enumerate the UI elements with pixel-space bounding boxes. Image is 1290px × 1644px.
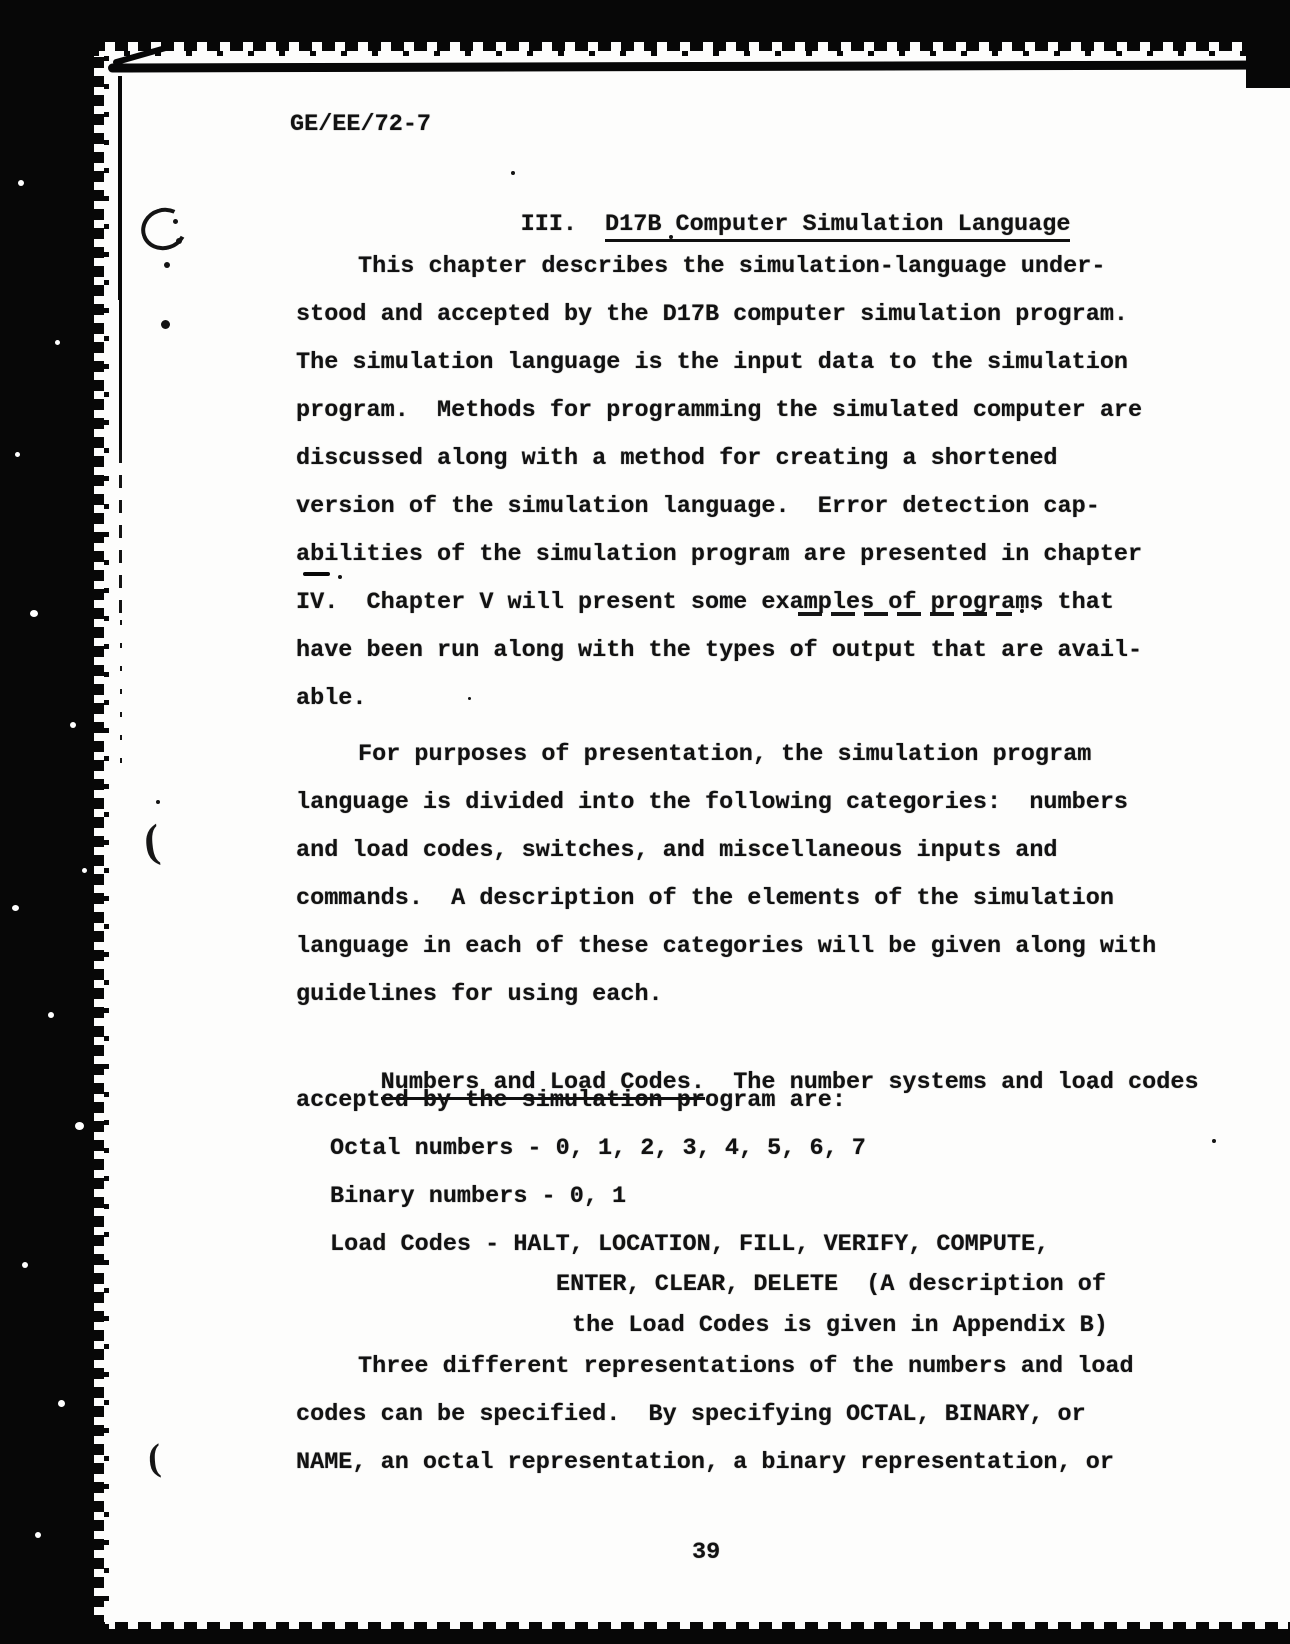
paragraph-line: For purposes of presentation, the simula…: [358, 740, 1091, 770]
paragraph-line: program. Methods for programming the sim…: [296, 396, 1142, 426]
scanned-document-page: ( ( GE/EE/72-7 III.D17B Computer Simulat…: [0, 0, 1290, 1644]
paragraph-line: codes can be specified. By specifying OC…: [296, 1400, 1086, 1430]
paragraph-line: discussed along with a method for creati…: [296, 444, 1058, 474]
chapter-number: III.: [521, 211, 577, 238]
paragraph-line: abilities of the simulation program are …: [296, 540, 1142, 570]
list-item-binary: Binary numbers - 0, 1: [330, 1182, 626, 1212]
paragraph-line: and load codes, switches, and miscellane…: [296, 836, 1058, 866]
paragraph-line: The simulation language is the input dat…: [296, 348, 1128, 378]
page-number: 39: [692, 1538, 720, 1568]
paragraph-line: NAME, an octal representation, a binary …: [296, 1448, 1114, 1478]
paragraph-line: commands. A description of the elements …: [296, 884, 1114, 914]
list-item-load-codes: Load Codes - HALT, LOCATION, FILL, VERIF…: [330, 1230, 1049, 1260]
paragraph-line: able.: [296, 684, 367, 714]
section-line: accepted by the simulation program are:: [296, 1086, 846, 1116]
page-text: GE/EE/72-7 III.D17B Computer Simulation …: [0, 0, 1290, 1644]
paragraph-line: have been run along with the types of ou…: [296, 636, 1142, 666]
doc-reference: GE/EE/72-7: [290, 110, 431, 140]
paragraph-line: version of the simulation language. Erro…: [296, 492, 1100, 522]
paragraph-line: This chapter describes the simulation-la…: [358, 252, 1105, 282]
list-item-load-codes-cont: ENTER, CLEAR, DELETE (A description of: [556, 1270, 1106, 1300]
paragraph-line: guidelines for using each.: [296, 980, 663, 1010]
chapter-title-text: D17B Computer Simulation Language: [605, 211, 1070, 242]
list-item-octal: Octal numbers - 0, 1, 2, 3, 4, 5, 6, 7: [330, 1134, 866, 1164]
paragraph-line: stood and accepted by the D17B computer …: [296, 300, 1128, 330]
paragraph-line: language in each of these categories wil…: [296, 932, 1156, 962]
paragraph-line: language is divided into the following c…: [296, 788, 1128, 818]
list-item-load-codes-cont: the Load Codes is given in Appendix B): [572, 1311, 1108, 1341]
paragraph-line: Three different representations of the n…: [358, 1352, 1134, 1382]
paragraph-line: IV. Chapter V will present some examples…: [296, 588, 1114, 618]
